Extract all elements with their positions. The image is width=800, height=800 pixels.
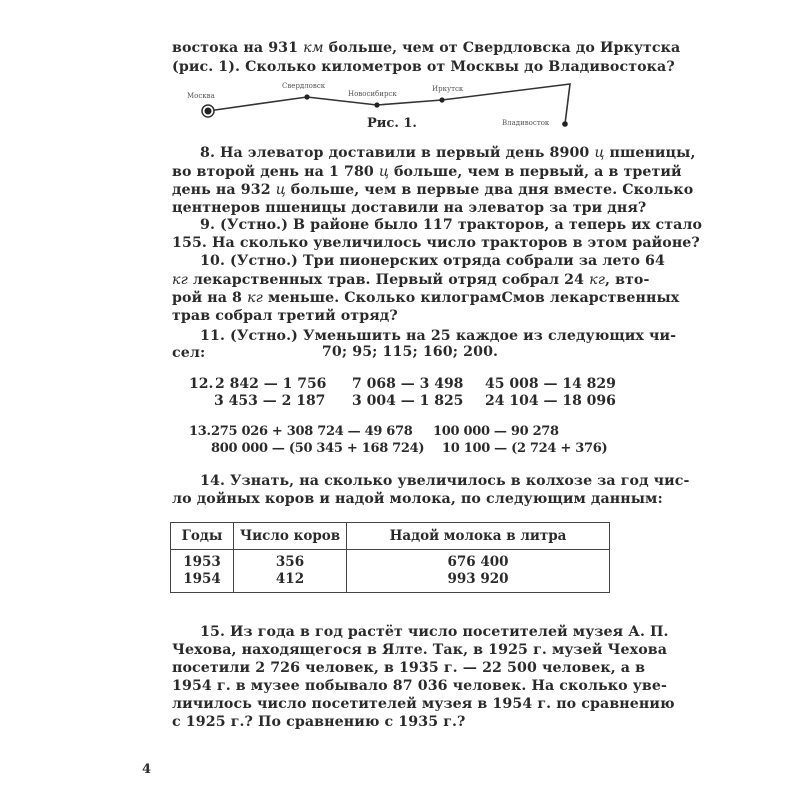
problem-12-expr-5: 3 004 — 1 825 (352, 393, 463, 409)
irkutsk-marker (439, 97, 444, 102)
table-cell-year: 1953 (171, 550, 234, 572)
novosibirsk-marker (374, 102, 379, 107)
problem-12-expr-4: 3 453 — 2 187 (214, 393, 325, 409)
problem-15-line-2: Чехова, находящегося в Ялте. Так, в 1925… (172, 641, 612, 659)
problem-15-line-1: 15. Из года в год растёт число посетител… (200, 623, 612, 641)
problem-8-line-2: во второй день на 1 780 ц больше, чем в … (172, 163, 612, 181)
problem-10-line-2: кг лекарственных трав. Первый отряд собр… (172, 271, 612, 289)
problem-13-expr-3: 800 000 — (50 345 + 168 724) (211, 441, 424, 456)
table-cell-cows: 412 (234, 571, 347, 593)
table-row: 1953 356 676 400 (171, 550, 610, 572)
problem-15-line-6: с 1925 г.? По сравнению с 1935 г.? (172, 713, 612, 731)
table-cell-milk: 993 920 (347, 571, 610, 593)
city-label-irkutsk: Иркутск (432, 85, 463, 93)
city-label-novosibirsk: Новосибирск (348, 90, 397, 98)
city-label-vladivostok: Владивосток (502, 119, 549, 127)
problem-8-line-4: центнеров пшеницы доставили на элеватор … (172, 199, 612, 217)
page-number: 4 (142, 762, 151, 777)
problem-10-line-4: трав собрал третий отряд? (172, 307, 612, 325)
table-cell-year: 1954 (171, 571, 234, 593)
sverdlovsk-marker (304, 94, 309, 99)
problem-13-expr-1: 275 026 + 308 724 — 49 678 (211, 424, 413, 439)
problem-10-line-1: 10. (Устно.) Три пионерских отряда собра… (200, 252, 612, 270)
problem-14-line-1: 14. Узнать, на сколько увеличилось в кол… (200, 472, 612, 490)
table-cell-cows: 356 (234, 550, 347, 572)
table-row: 1954 412 993 920 (171, 571, 610, 593)
problem-8-line-3: день на 932 ц больше, чем в первые два д… (172, 181, 612, 199)
problem-15-line-5: личилось число посетителей музея в 1954 … (172, 695, 612, 713)
problem-13-expr-4: 10 100 — (2 724 + 376) (442, 441, 607, 456)
vladivostok-marker (562, 121, 568, 127)
problem-10-line-3: рой на 8 кг меньше. Сколько килограмСмов… (172, 289, 612, 307)
problem-14-line-2: ло дойных коров и надой молока, по следу… (172, 490, 612, 508)
table-header-years: Годы (171, 523, 234, 550)
problem-8-line-1: 8. На элеватор доставили в первый день 8… (200, 144, 612, 162)
problem-11-numbers: 70; 95; 115; 160; 200. (200, 343, 620, 361)
problem-9-line-1: 9. (Устно.) В районе было 117 тракторов,… (200, 216, 612, 234)
problem-12-expr-2: 7 068 — 3 498 (352, 376, 463, 392)
problem-12-number: 12. (189, 376, 213, 392)
problem-13-number: 13. (189, 424, 211, 439)
table-header-row: Годы Число коров Надой молока в литра (171, 523, 610, 550)
problem-12-expr-1: 2 842 — 1 756 (215, 376, 326, 392)
figure-caption: Рис. 1. (367, 116, 417, 131)
city-label-moscow: Москва (187, 92, 215, 100)
problem-9-line-2: 155. На сколько увеличилось число тракто… (172, 234, 612, 252)
problem-13-expr-2: 100 000 — 90 278 (433, 424, 559, 439)
table-cell-milk: 676 400 (347, 550, 610, 572)
table-header-milk: Надой молока в литра (347, 523, 610, 550)
textbook-page: востока на 931 км больше, чем от Свердло… (0, 0, 800, 800)
problem-12-expr-6: 24 104 — 18 096 (485, 393, 616, 409)
city-label-sverdlovsk: Свердловск (282, 82, 325, 90)
problem-15-line-3: посетили 2 726 человек, в 1935 г. — 22 5… (172, 659, 612, 677)
problem-12-expr-3: 45 008 — 14 829 (485, 376, 616, 392)
cows-milk-table: Годы Число коров Надой молока в литра 19… (170, 522, 610, 593)
problem-15-line-4: 1954 г. в музее побывало 87 036 человек.… (172, 677, 612, 695)
table-header-cows: Число коров (234, 523, 347, 550)
